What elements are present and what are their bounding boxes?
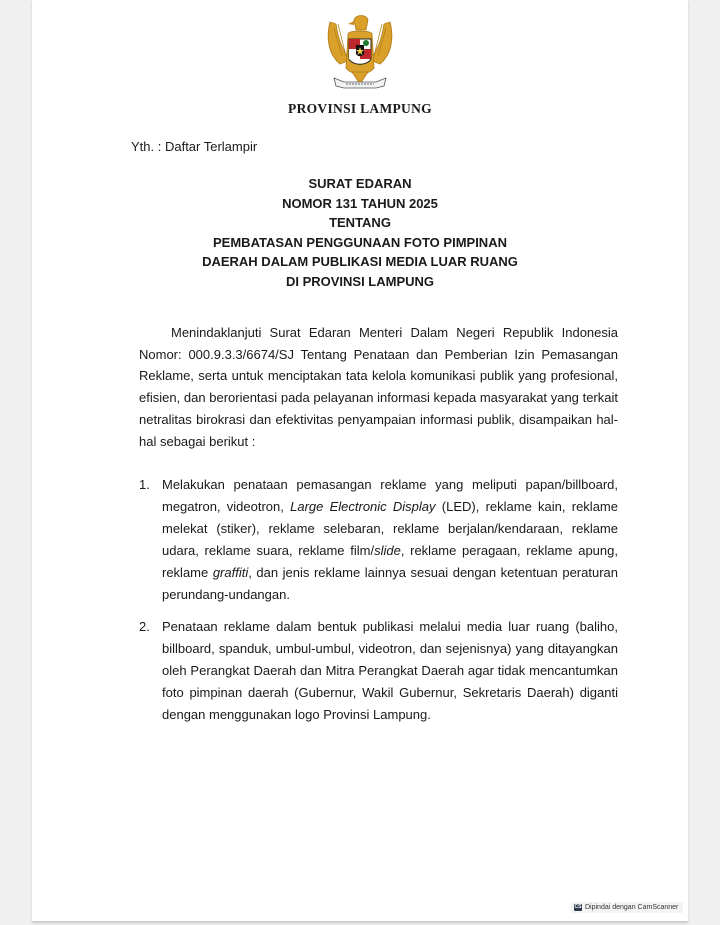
camscanner-icon: CS bbox=[574, 904, 582, 911]
list-number: 1. bbox=[139, 474, 150, 496]
list-text: Melakukan penataan pemasangan reklame ya… bbox=[162, 474, 618, 605]
italic-term: slide bbox=[374, 543, 401, 558]
garuda-emblem-icon bbox=[322, 12, 398, 96]
italic-term: Large Electronic Display bbox=[290, 499, 435, 514]
title-line: SURAT EDARAN bbox=[0, 174, 720, 194]
title-line: DI PROVINSI LAMPUNG bbox=[0, 272, 720, 292]
italic-term: graffiti bbox=[213, 565, 248, 580]
intro-text: Menindaklanjuti Surat Edaran Menteri Dal… bbox=[139, 325, 618, 449]
list-item-2: 2. Penataan reklame dalam bentuk publika… bbox=[139, 616, 618, 726]
province-header: PROVINSI LAMPUNG bbox=[0, 101, 720, 117]
camscanner-watermark: CS Dipindai dengan CamScanner bbox=[571, 902, 683, 913]
title-line: TENTANG bbox=[0, 213, 720, 233]
title-line: NOMOR 131 TAHUN 2025 bbox=[0, 194, 720, 214]
intro-paragraph: Menindaklanjuti Surat Edaran Menteri Dal… bbox=[139, 322, 618, 452]
list-text: Penataan reklame dalam bentuk publikasi … bbox=[162, 616, 618, 726]
text-segment: Penataan reklame dalam bentuk publikasi … bbox=[162, 619, 618, 722]
watermark-label: Dipindai dengan CamScanner bbox=[585, 904, 678, 911]
list-item-1: 1. Melakukan penataan pemasangan reklame… bbox=[139, 474, 618, 605]
list-number: 2. bbox=[139, 616, 150, 638]
document-title: SURAT EDARAN NOMOR 131 TAHUN 2025 TENTAN… bbox=[0, 174, 720, 291]
addressee: Yth. : Daftar Terlampir bbox=[131, 139, 257, 154]
title-line: PEMBATASAN PENGGUNAAN FOTO PIMPINAN bbox=[0, 233, 720, 253]
title-line: DAERAH DALAM PUBLIKASI MEDIA LUAR RUANG bbox=[0, 252, 720, 272]
